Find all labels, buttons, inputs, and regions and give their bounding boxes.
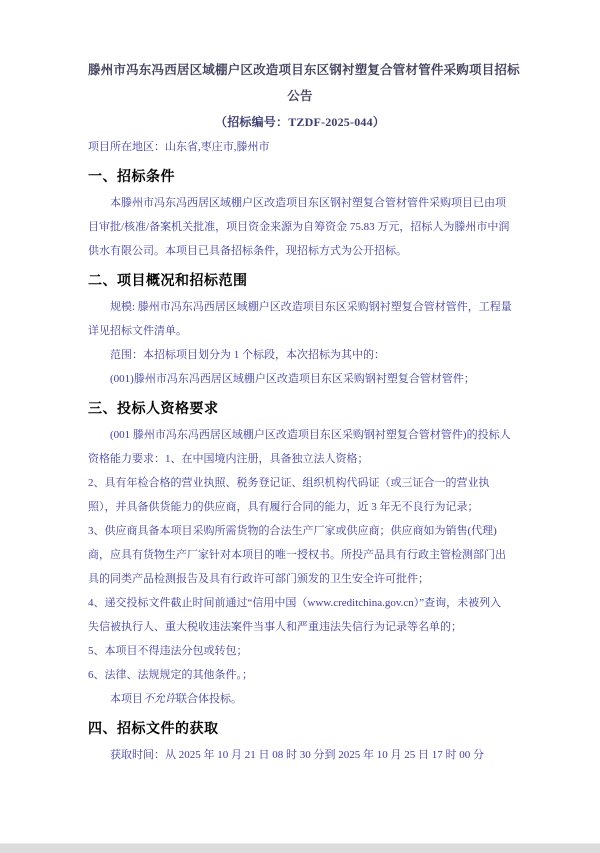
lot-001-item: (001)滕州市冯东冯西居区域棚户区改造项目东区采购钢衬塑复合管材管件； xyxy=(88,367,512,391)
qualification-item-3: 3、供应商具备本项目采购所需货物的合法生产厂家或供应商；供应商如为销售(代理)商… xyxy=(88,519,512,591)
qualification-item-4: 4、递交投标文件截止时间前通过“信用中国（www.creditchina.gov… xyxy=(88,591,512,639)
tender-announcement-page: 滕州市冯东冯西居区域棚户区改造项目东区钢衬塑复合管材管件采购项目招标 公告 （招… xyxy=(0,0,600,853)
project-location: 项目所在地区：山东省,枣庄市,滕州市 xyxy=(88,135,512,159)
joint-bid-suffix: 联合体投标。 xyxy=(176,693,242,705)
document-acquisition-time: 获取时间：从 2025 年 10 月 21 日 08 时 30 分到 2025 … xyxy=(88,743,512,767)
qualification-item-5: 5、本项目不得违法分包或转包； xyxy=(88,639,512,663)
qualification-intro-paragraph: (001 滕州市冯东冯西居区域棚户区改造项目东区采购钢衬塑复合管材管件)的投标人… xyxy=(88,423,512,471)
joint-bid-prefix: 本项目 xyxy=(110,693,143,705)
section-heading-document-acquisition: 四、招标文件的获取 xyxy=(88,715,512,741)
page-title: 滕州市冯东冯西居区域棚户区改造项目东区钢衬塑复合管材管件采购项目招标 公告 xyxy=(88,57,512,109)
page-title-line-1: 滕州市冯东冯西居区域棚户区改造项目东区钢衬塑复合管材管件采购项目招标 xyxy=(88,57,512,83)
joint-bid-note: 本项目不允许联合体投标。 xyxy=(88,687,512,711)
bottom-gray-bar xyxy=(0,843,600,853)
project-scale-paragraph: 规模: 滕州市冯东冯西居区域棚户区改造项目东区采购钢衬塑复合管材管件，工程量详见… xyxy=(88,295,512,343)
joint-bid-emphasis: 不允许 xyxy=(143,693,176,705)
tender-scope-paragraph: 范围：本招标项目划分为 1 个标段，本次招标为其中的： xyxy=(88,343,512,367)
section-heading-tender-conditions: 一、招标条件 xyxy=(88,163,512,189)
page-title-line-2: 公告 xyxy=(88,83,512,109)
tender-conditions-paragraph: 本滕州市冯东冯西居区域棚户区改造项目东区钢衬塑复合管材管件采购项目已由项目审批/… xyxy=(88,191,512,263)
section-heading-bidder-qualifications: 三、投标人资格要求 xyxy=(88,395,512,421)
tender-number: （招标编号：TZDF-2025-044） xyxy=(88,109,512,135)
section-heading-project-overview: 二、项目概况和招标范围 xyxy=(88,267,512,293)
qualification-item-6: 6、法律、法规规定的其他条件。； xyxy=(88,663,512,687)
qualification-item-2: 2、具有年检合格的营业执照、税务登记证、组织机构代码证（或三证合一的营业执照），… xyxy=(88,471,512,519)
